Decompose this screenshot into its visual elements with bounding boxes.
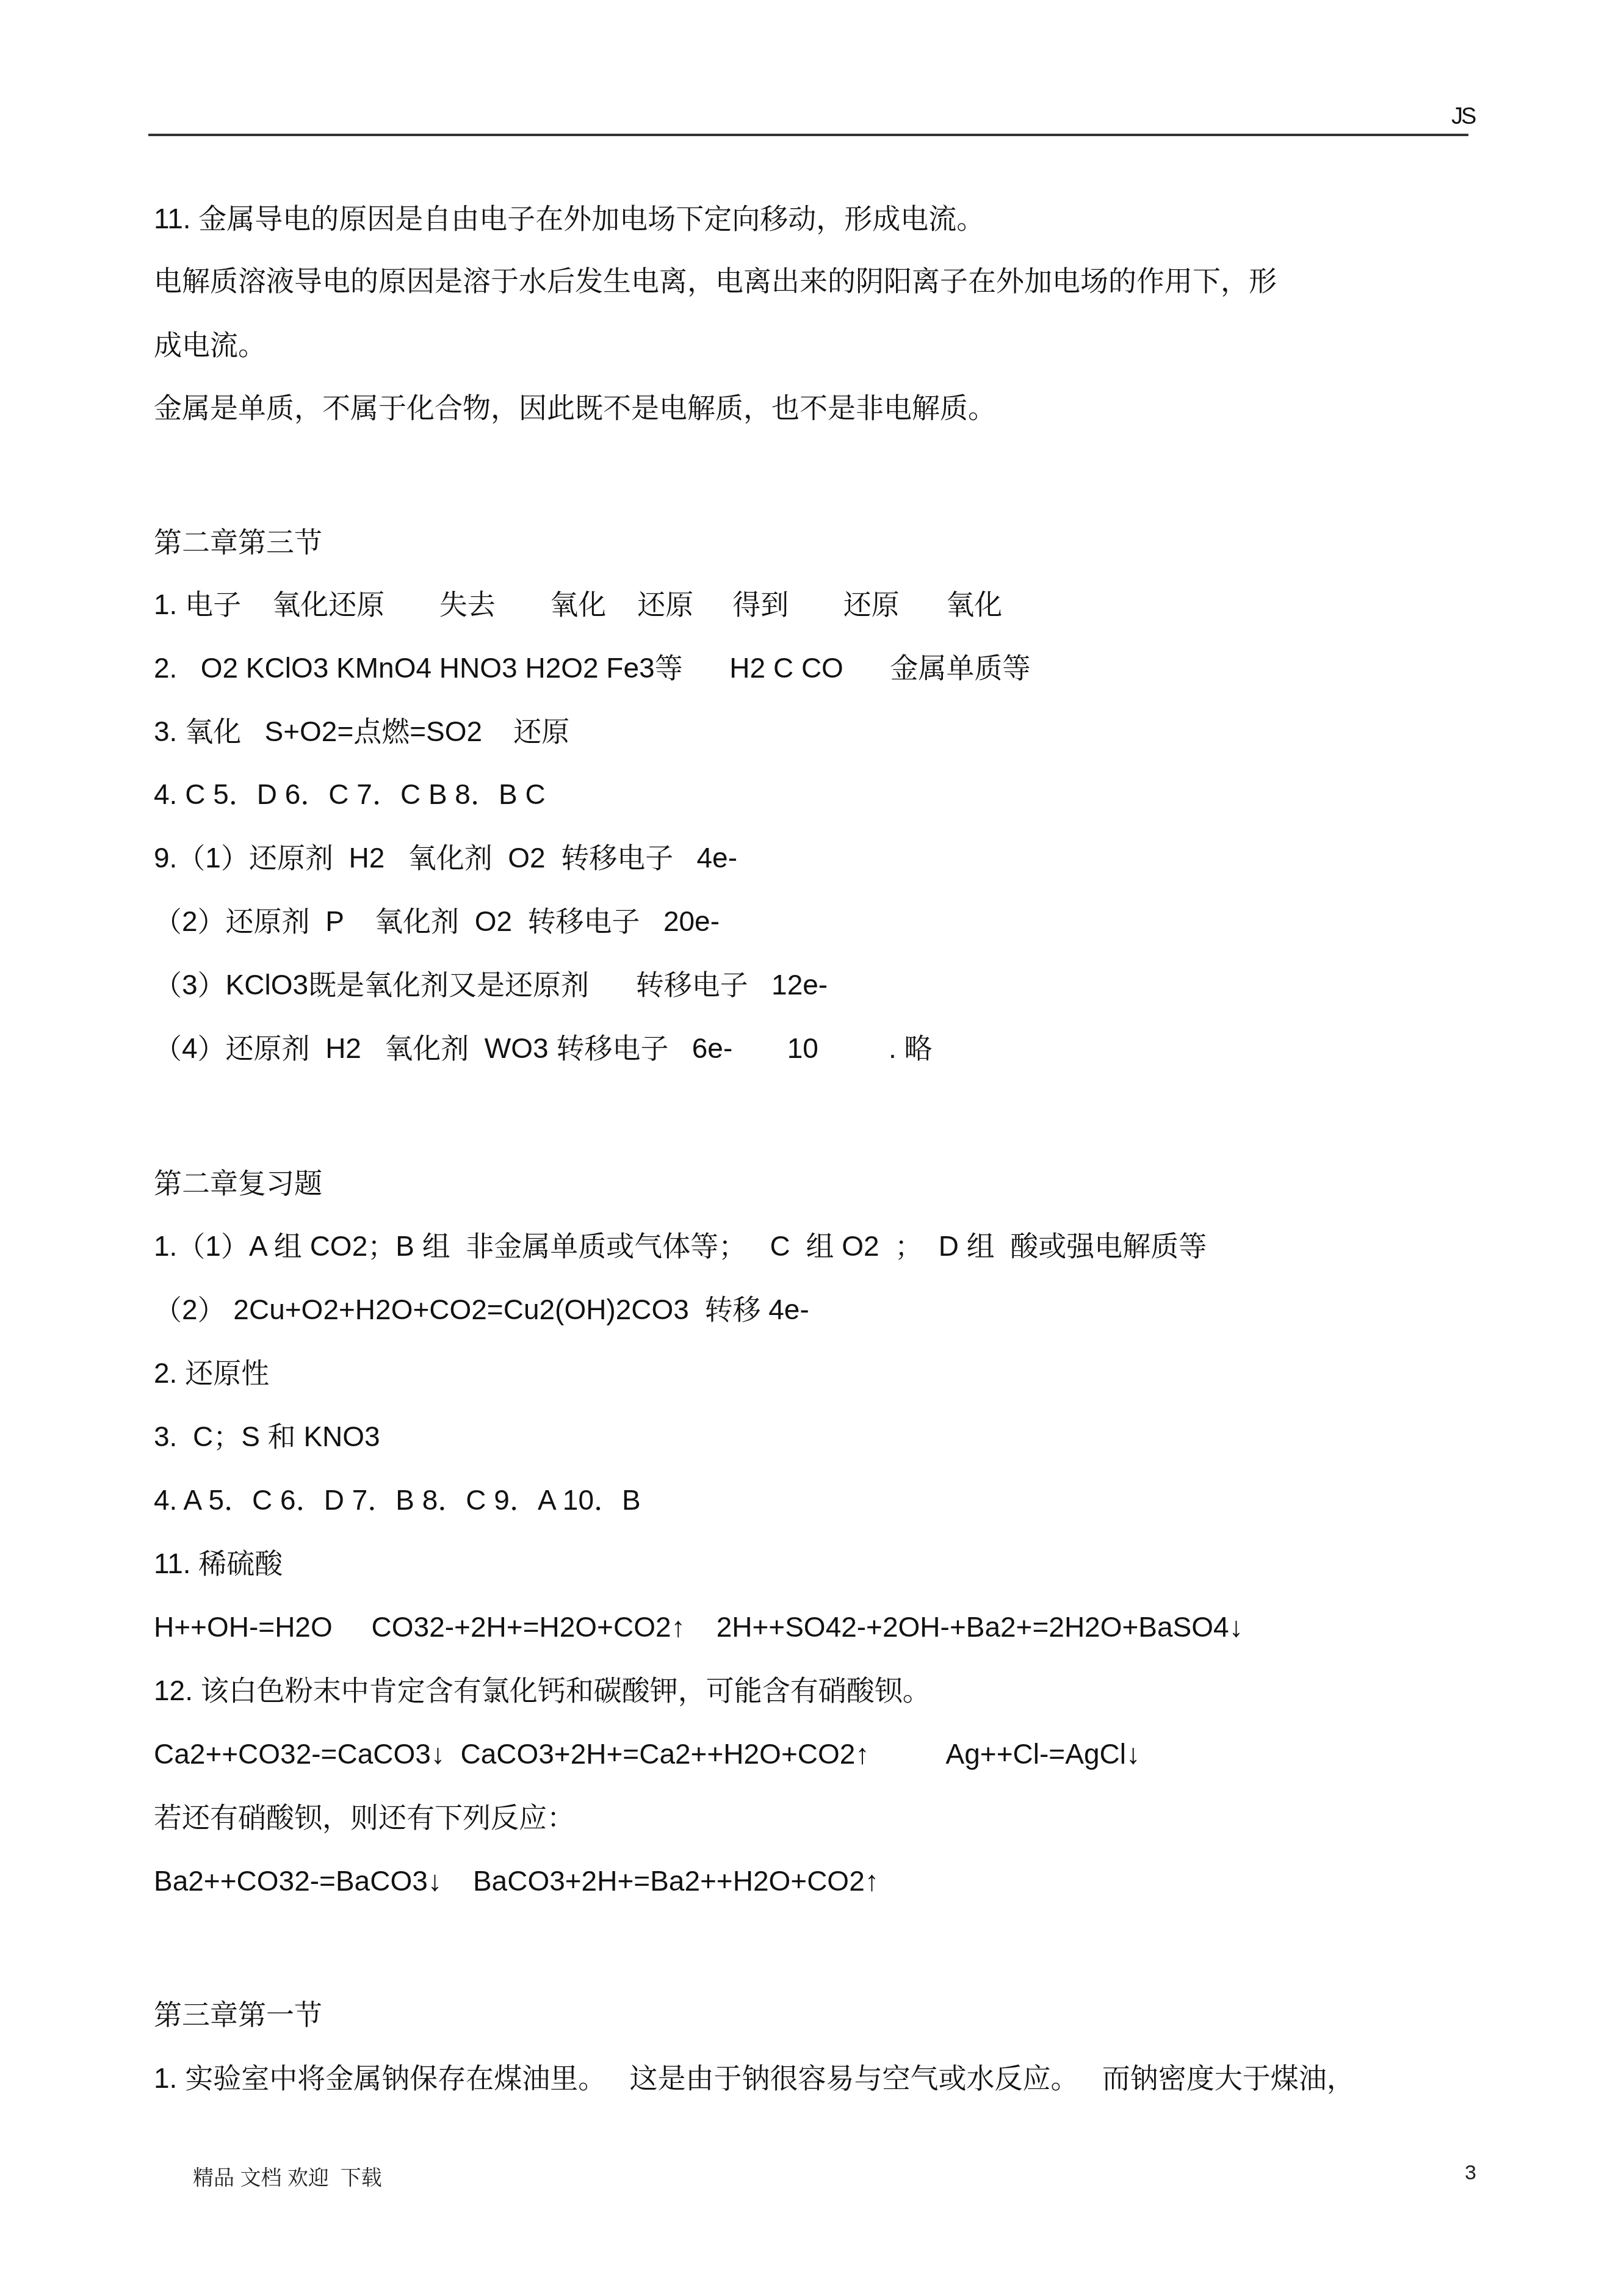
text-line: Ba2++CO32-=BaCO3↓ BaCO3+2H+=Ba2++H2O+CO2… <box>154 1864 879 1898</box>
text-line: 1.（1）A 组 CO2；B 组 非金属单质或气体等； C 组 O2 ； D 组… <box>154 1229 1207 1263</box>
text-line: （2） 2Cu+O2+H2O+CO2=Cu2(OH)2CO3 转移 4e- <box>154 1292 809 1327</box>
header-divider <box>148 134 1468 136</box>
text-line: 第三章第一节 <box>154 1997 322 2032</box>
text-line: H++OH-=H2O CO32-+2H+=H2O+CO2↑ 2H++SO42-+… <box>154 1610 1243 1644</box>
text-line: 3. C；S 和 KNO3 <box>154 1419 380 1454</box>
page-number: 3 <box>1465 2161 1476 2185</box>
header-mark: JS <box>1451 104 1475 130</box>
text-line: 1. 电子 氧化还原 失去 氧化 还原 得到 还原 氧化 <box>154 587 1002 621</box>
text-line: 成电流。 <box>154 328 266 362</box>
text-line: 4. C 5．D 6．C 7．C B 8．B C <box>154 777 546 811</box>
text-line: 9.（1）还原剂 H2 氧化剂 O2 转移电子 4e- <box>154 841 737 875</box>
text-line: 第二章第三节 <box>154 525 322 559</box>
text-line: 第二章复习题 <box>154 1166 322 1200</box>
text-line: 4. A 5．C 6．D 7．B 8．C 9．A 10．B <box>154 1483 641 1517</box>
text-line: 金属是单质，不属于化合物，因此既不是电解质，也不是非电解质。 <box>154 391 996 425</box>
text-line: 2. O2 KClO3 KMnO4 HNO3 H2O2 Fe3等 H2 C CO… <box>154 651 1031 685</box>
footer-text: 精品 文档 欢迎 下载 <box>193 2161 382 2191</box>
text-line: （2）还原剂 P 氧化剂 O2 转移电子 20e- <box>154 904 720 938</box>
text-line: 11. 稀硫酸 <box>154 1546 283 1581</box>
text-line: Ca2++CO32-=CaCO3↓ CaCO3+2H+=Ca2++H2O+CO2… <box>154 1737 1140 1771</box>
text-line: （3）KClO3既是氧化剂又是还原剂 转移电子 12e- <box>154 968 828 1002</box>
text-line: 12. 该白色粉末中肯定含有氯化钙和碳酸钾，可能含有硝酸钡。 <box>154 1673 931 1708</box>
text-line: 若还有硝酸钡，则还有下列反应： <box>154 1800 575 1834</box>
text-line: （4）还原剂 H2 氧化剂 WO3 转移电子 6e- 10 . 略 <box>154 1031 932 1065</box>
text-line: 2. 还原性 <box>154 1356 269 1390</box>
text-line: 电解质溶液导电的原因是溶于水后发生电离，电离出来的阴阳离子在外加电场的作用下，形 <box>154 264 1277 298</box>
text-line: 3. 氧化 S+O2=点燃=SO2 还原 <box>154 714 569 748</box>
text-line: 1. 实验室中将金属钠保存在煤油里。 这是由于钠很容易与空气或水反应。 而钠密度… <box>154 2061 1355 2095</box>
text-line: 11. 金属导电的原因是自由电子在外加电场下定向移动，形成电流。 <box>154 201 984 236</box>
